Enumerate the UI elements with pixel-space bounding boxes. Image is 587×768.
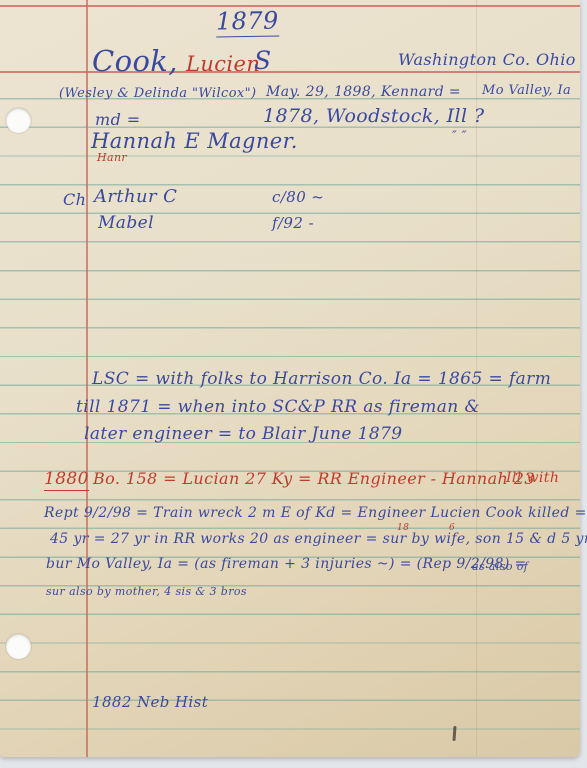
left-margin-rule <box>86 0 88 757</box>
middle-initial: S <box>254 46 272 75</box>
census-tail: Ill with <box>506 470 559 486</box>
obit-son-age-superscript: 18 <box>397 523 409 533</box>
burial-place: Mo Valley, Ia <box>482 83 571 98</box>
child-ref: f/92 - <box>272 214 314 232</box>
marriage-detail: 1878, Woodstock, Ill ? <box>263 105 484 127</box>
child-name: Mabel <box>98 213 154 233</box>
bio-line-2: till 1871 = when into SC&P RR as fireman… <box>76 397 480 417</box>
obit-line-4: sur also by mother, 4 sis & 3 bros <box>46 585 247 598</box>
surname: Cook, <box>92 44 178 78</box>
bio-line-3: later engineer = to Blair June 1879 <box>84 424 403 444</box>
child-name: Arthur C <box>94 186 177 207</box>
census-text: Bo. 158 = Lucian 27 Ky = RR Engineer - H… <box>93 469 535 488</box>
spouse-red-note: Hanr <box>97 151 127 164</box>
residence: Washington Co. Ohio <box>398 50 576 69</box>
punch-hole-bottom <box>6 634 31 659</box>
stray-ink-mark <box>452 726 456 741</box>
page-title-year: 1879 <box>216 6 279 37</box>
bottom-note: 1882 Neb Hist <box>92 693 208 711</box>
punch-hole-top <box>6 108 31 133</box>
obit-line-3-tail: as also of <box>472 560 528 573</box>
spouse-name: Hannah E Magner. <box>91 129 298 153</box>
census-year: 1880 <box>44 469 89 491</box>
scanned-page: 1879 Cook, Lucien S Washington Co. Ohio … <box>0 0 580 757</box>
children-label: Ch <box>63 190 86 209</box>
bio-line-1: LSC = with folks to Harrison Co. Ia = 18… <box>92 369 551 389</box>
child-ref: c/80 ~ <box>272 188 324 206</box>
obit-line-3: bur Mo Valley, Ia = (as fireman + 3 inju… <box>46 556 527 572</box>
obit-line-1: Rept 9/2/98 = Train wreck 2 m E of Kd = … <box>44 505 587 521</box>
death-date-place: May. 29, 1898, Kennard = <box>266 84 461 100</box>
parents: (Wesley & Delinda "Wilcox") <box>59 86 257 101</box>
obit-daughter-age-superscript: 6 <box>449 523 455 533</box>
marriage-label: md = <box>95 110 141 129</box>
obit-line-2: 45 yr = 27 yr in RR works 20 as engineer… <box>50 531 587 547</box>
given-name-red: Lucien <box>186 52 260 76</box>
ditto-marks: ″ ″ <box>452 129 467 144</box>
